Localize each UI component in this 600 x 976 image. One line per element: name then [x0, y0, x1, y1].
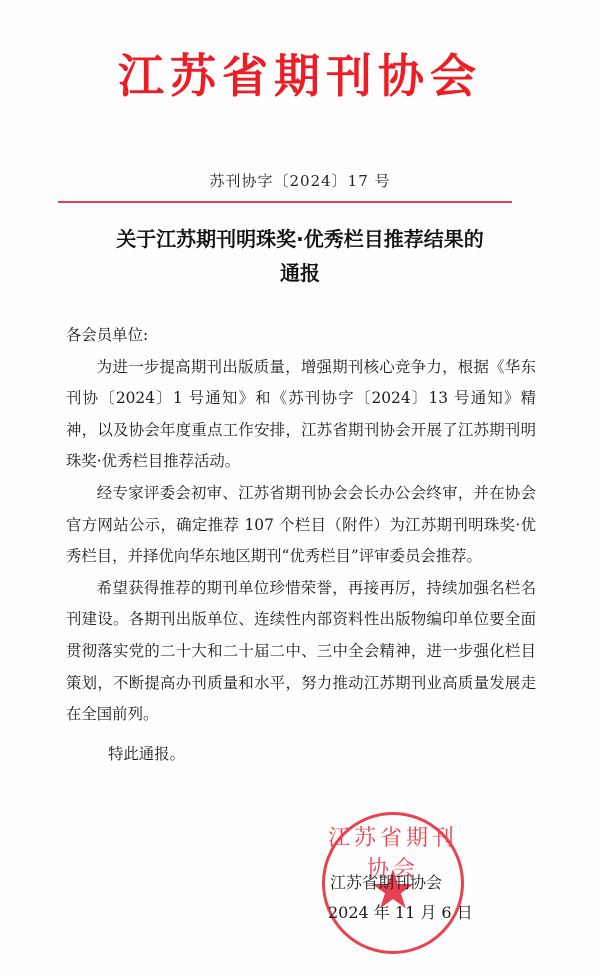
title-line-1: 关于江苏期刊明珠奖·优秀栏目推荐结果的: [40, 222, 560, 256]
title-line-2: 通报: [40, 256, 560, 290]
signature-org: 江苏省期刊协会: [330, 870, 442, 893]
document-number: 苏刊协字〔2024〕17 号: [0, 170, 600, 191]
header-divider: [58, 201, 512, 203]
document-title: 关于江苏期刊明珠奖·优秀栏目推荐结果的 通报: [40, 222, 560, 290]
salutation: 各会员单位:: [66, 320, 536, 352]
masthead-org-name: 江苏省期刊协会: [0, 40, 600, 106]
paragraph: 经专家评委会初审、江苏省期刊协会会长办公会终审，并在协会官方网站公示，确定推荐 …: [66, 478, 536, 573]
signature-date: 2024 年 11 月 6 日: [328, 900, 473, 923]
paragraph: 为进一步提高期刊出版质量，增强期刊核心竞争力，根据《华东刊协〔2024〕1 号通…: [66, 352, 536, 478]
document-body: 各会员单位: 为进一步提高期刊出版质量，增强期刊核心竞争力，根据《华东刊协〔20…: [66, 320, 536, 731]
closing-statement: 特此通报。: [108, 742, 185, 764]
paragraph: 希望获得推荐的期刊单位珍惜荣誉，再接再厉，持续加强名栏名刊建设。各期刊出版单位、…: [66, 573, 536, 731]
